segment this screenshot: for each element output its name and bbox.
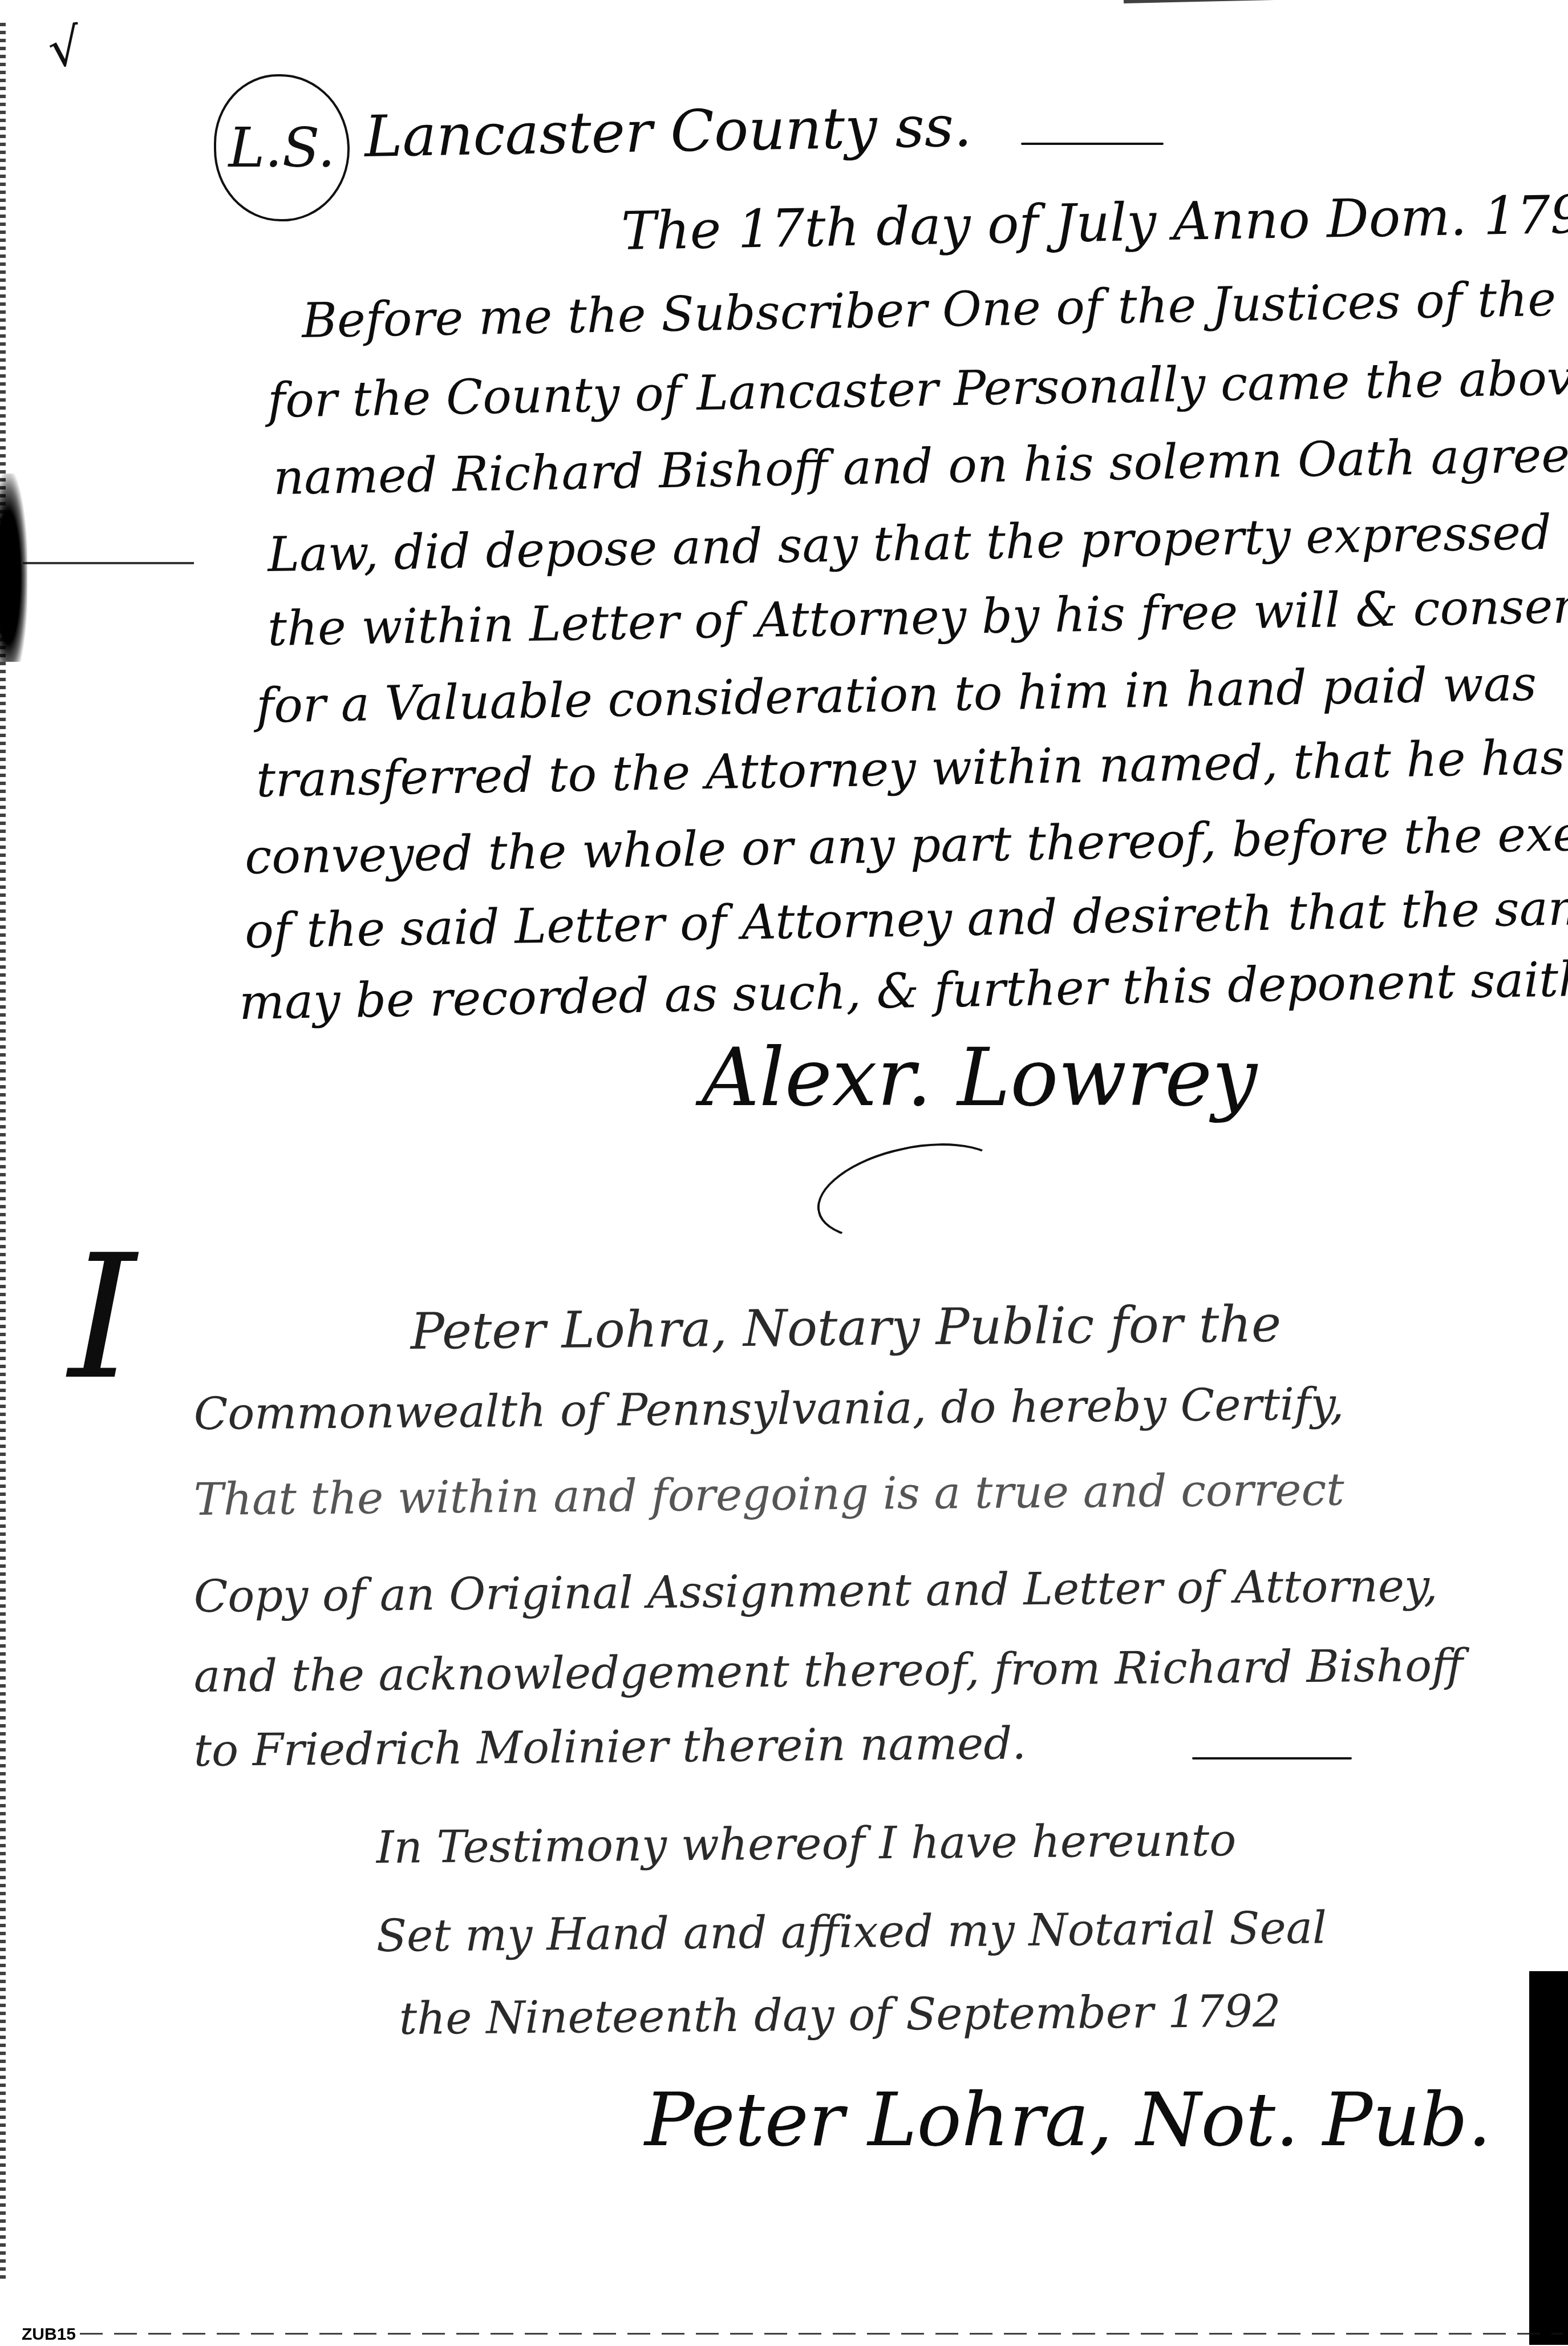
binding-stroke (23, 562, 194, 564)
black-edge-tab (1529, 1971, 1568, 2345)
margin-check-mark: √ (45, 21, 84, 76)
certificate-line-6: to Friedrich Molinier therein named. (193, 1721, 1026, 1773)
archive-id-label: ZUB15 (22, 2325, 76, 2344)
affidavit-line-6: for a Valuable consideration to him in h… (256, 660, 1537, 730)
affidavit-line-1: Before me the Subscriber One of the Just… (302, 272, 1568, 345)
scanned-document-page: √ L.S. Lancaster County ss. The 17th day… (0, 0, 1568, 2346)
certificate-line-3: That the within and foregoing is a true … (193, 1467, 1344, 1522)
certificate-line-1: Peter Lohra, Notary Public for the (410, 1299, 1281, 1357)
torn-left-margin (0, 23, 6, 2282)
bottom-page-edge (80, 2333, 1563, 2335)
affidavit-line-7: transferred to the Attorney within named… (256, 731, 1568, 804)
venue-heading: Lancaster County ss. (364, 98, 972, 165)
top-fold-line (1124, 0, 1568, 3)
seal-text: L.S. (228, 116, 335, 180)
certificate-line-5: and the acknowledgement thereof, from Ri… (193, 1644, 1463, 1699)
affidavit-line-4: Law, did depose and say that the propert… (268, 507, 1568, 579)
venue-rule (1021, 143, 1164, 145)
certificate-line-4: Copy of an Original Assignment and Lette… (193, 1564, 1437, 1619)
signature-flourish (808, 1128, 1015, 1256)
affidavit-line-10: may be recorded as such, & further this … (239, 953, 1568, 1026)
affidavit-line-3: named Richard Bishoff and on his solemn … (273, 428, 1568, 501)
testimonium-line-2: Set my Hand and affixed my Notarial Seal (376, 1906, 1327, 1959)
affidavit-signature: Alexr. Lowrey (702, 1038, 1257, 1118)
certificate-initial: I (68, 1232, 136, 1403)
certificate-rule (1192, 1757, 1352, 1759)
testimonium-line-1: In Testimony whereof I have hereunto (376, 1818, 1236, 1870)
affidavit-line-5: the within Letter of Attorney by his fre… (268, 581, 1568, 653)
affidavit-date: The 17th day of July Anno Dom. 1792 (621, 188, 1568, 258)
affidavit-line-9: of the said Letter of Attorney and desir… (245, 883, 1568, 955)
binding-ink-blot (0, 474, 27, 662)
certificate-line-2: Commonwealth of Pennsylvania, do hereby … (193, 1382, 1344, 1437)
affidavit-line-2: for the County of Lancaster Personally c… (268, 353, 1568, 424)
seal-ls: L.S. (214, 74, 350, 221)
testimonium-line-3: the Nineteenth day of September 1792 (399, 1989, 1281, 2041)
notary-signature: Peter Lohra, Not. Pub. (645, 2082, 1491, 2157)
affidavit-line-8: conveyed the whole or any part thereof, … (245, 807, 1568, 881)
